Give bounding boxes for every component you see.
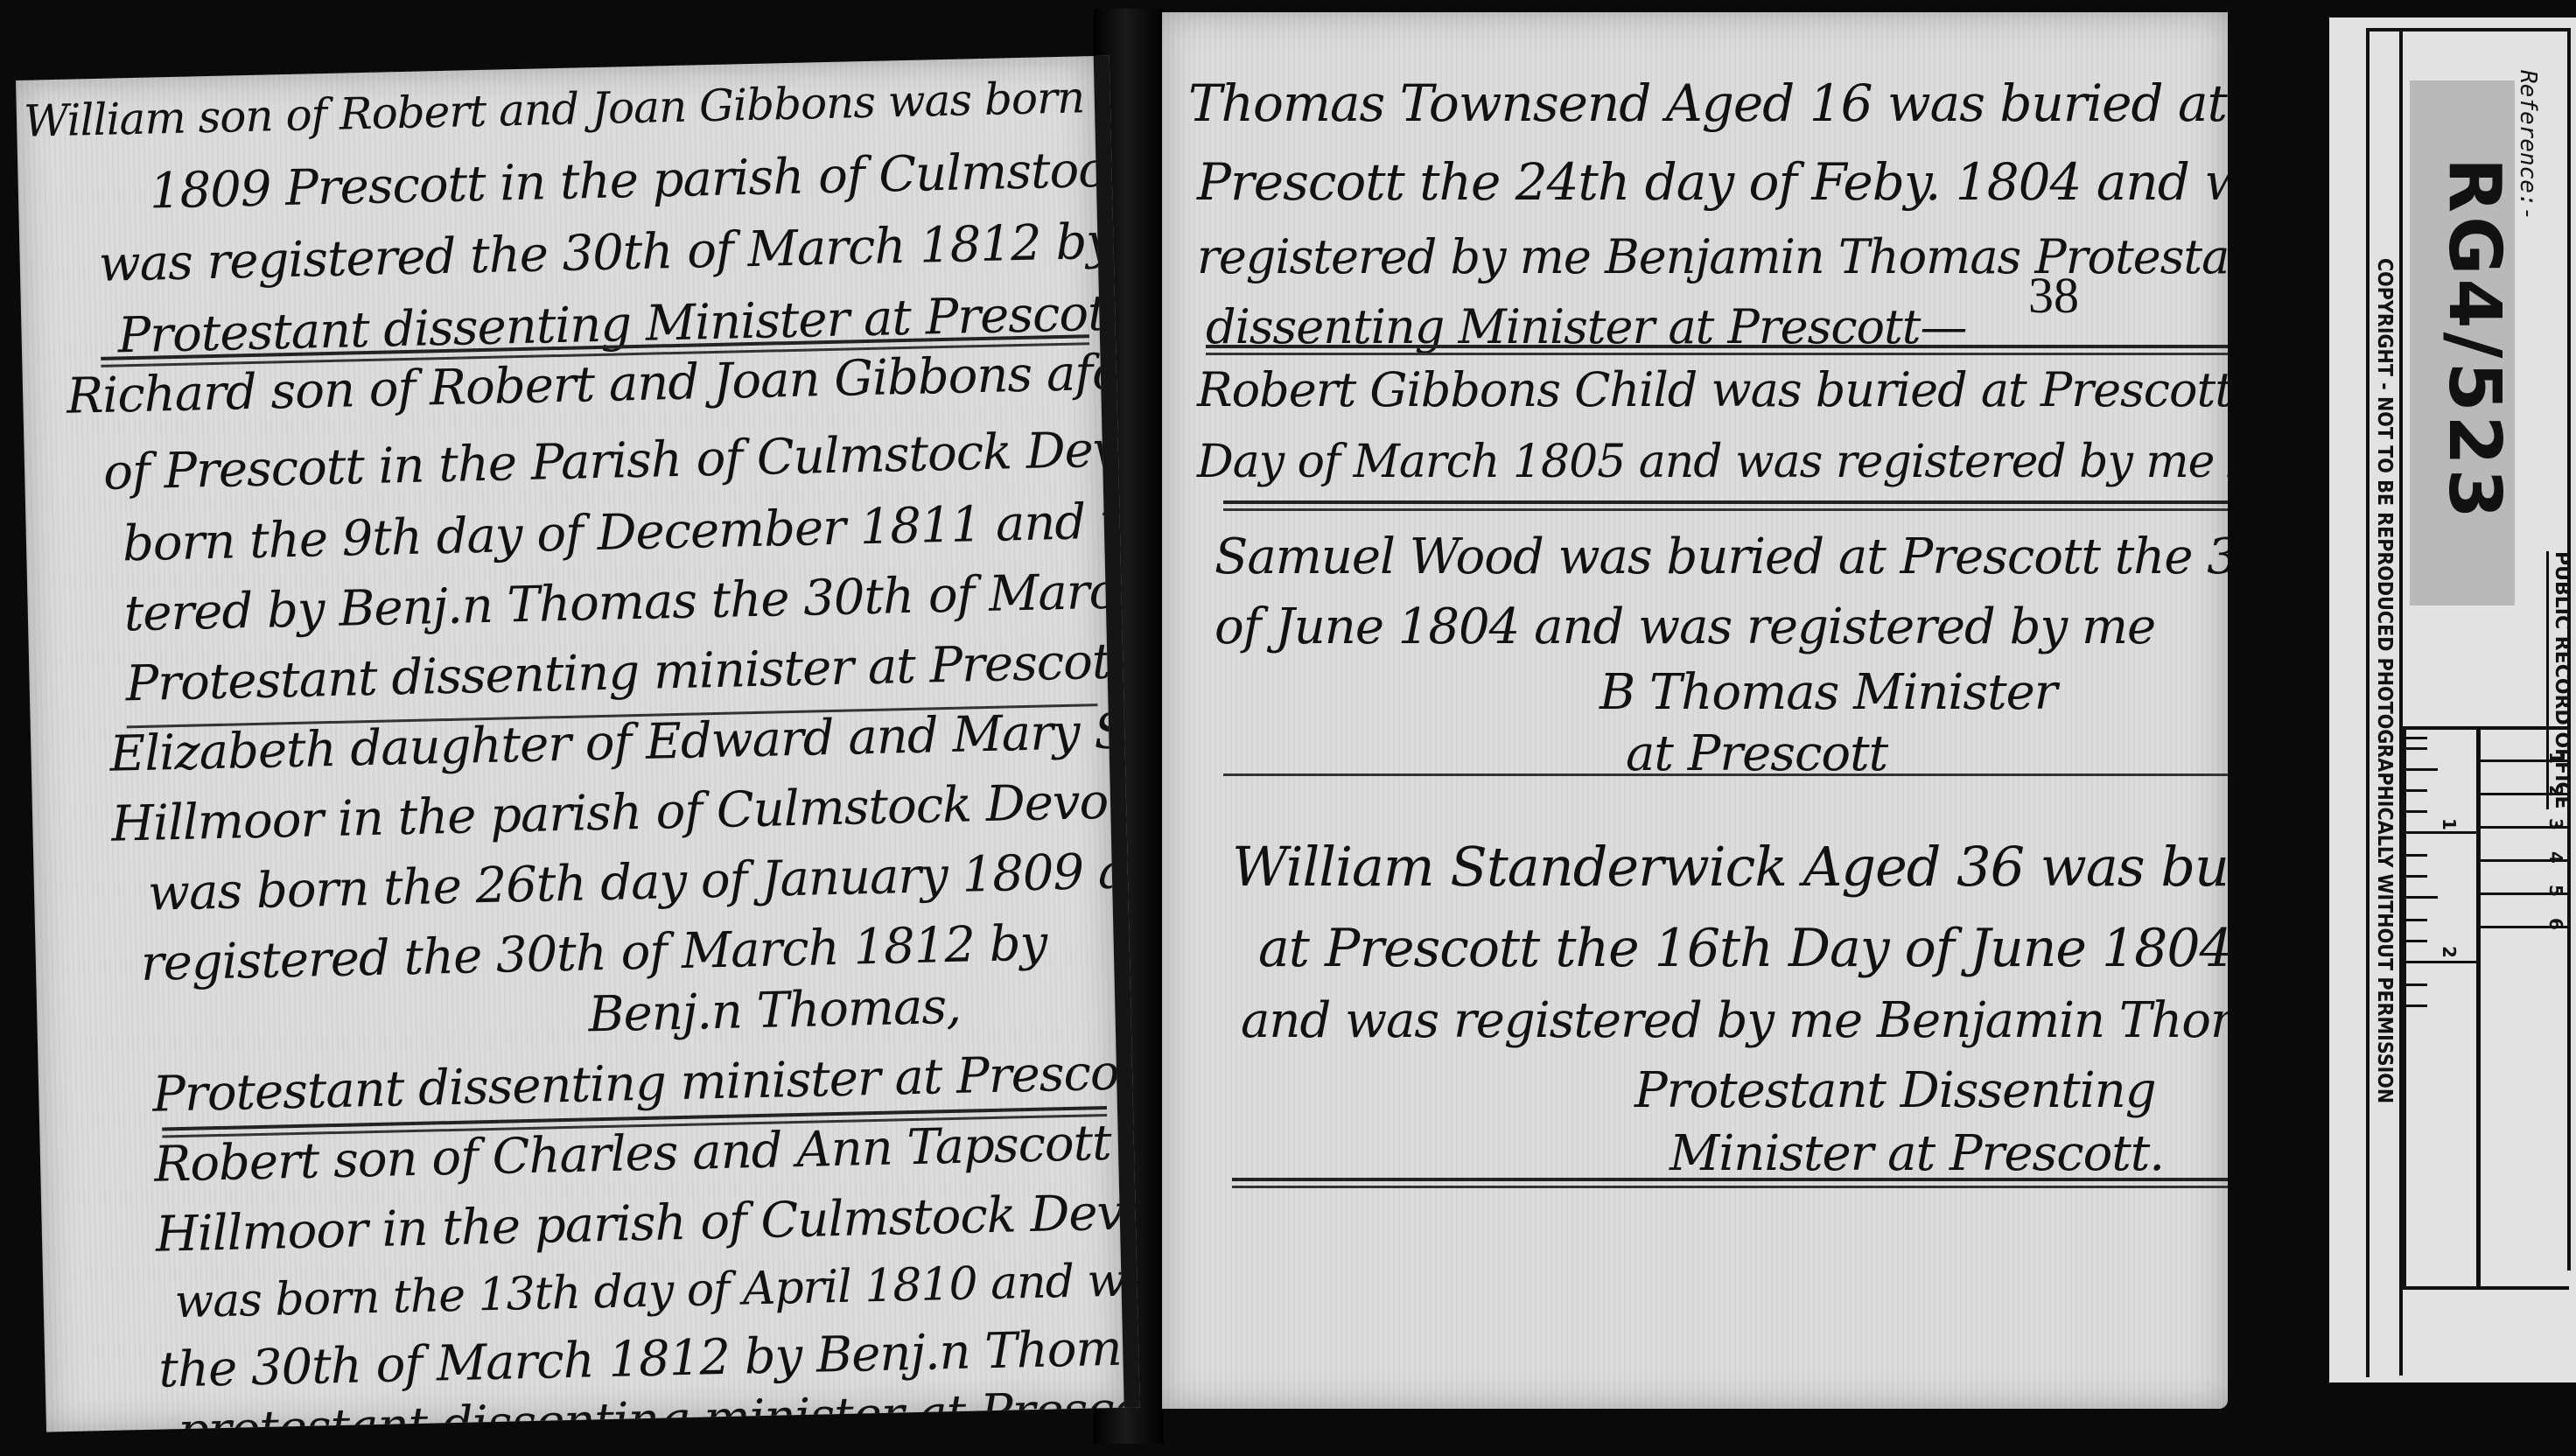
inch-label: 2: [2439, 946, 2460, 958]
entry-divider: [1232, 1178, 2228, 1188]
cm-label: 2: [2545, 785, 2566, 797]
scale-tick: [2406, 961, 2481, 963]
scale-tick: [2406, 875, 2427, 878]
reference-code: RG4/523: [2432, 157, 2516, 522]
entry-line: Hillmoor in the parish of Culmstock Devo…: [155, 1183, 1139, 1263]
entry-line: William Standerwick Aged 36 was buried: [1232, 835, 2228, 899]
entry-line: Minister at Prescott.: [1669, 1125, 2164, 1182]
entry-line: at Prescott the 16th Day of June 1804: [1258, 918, 2228, 979]
right-page: Thomas Townsend Aged 16 was buried at Pr…: [1162, 12, 2228, 1409]
entry-line: William son of Robert and Joan Gibbons w…: [23, 61, 1139, 146]
scale-divider: [2476, 726, 2481, 1290]
reference-label: Reference:-: [2515, 70, 2541, 220]
cm-label: 1: [2545, 752, 2566, 764]
entry-line: Samuel Wood was buried at Prescott the 3…: [1214, 528, 2228, 585]
entry-line: Prescott the 24th day of Feby. 1804 and …: [1197, 152, 2228, 212]
entry-line: Hillmoor in the parish of Culmstock Devo…: [111, 773, 1139, 853]
entry-line: B Thomas Minister: [1599, 664, 2057, 721]
entry-line: of June 1804 and was registered by me: [1214, 598, 2155, 655]
scale-tick: [2406, 810, 2427, 813]
cm-label: 5: [2545, 885, 2566, 897]
entry-line: Elizabeth daughter of Edward and Mary Sp…: [109, 699, 1140, 783]
entry-line: was born the 13th day of April 1810 and …: [174, 1248, 1140, 1328]
scale-border: [2403, 1286, 2569, 1290]
entry-line: was born the 26th day of January 1809 an…: [147, 839, 1139, 922]
scale-tick: [2406, 831, 2481, 834]
entry-divider: [1206, 345, 2228, 355]
entry-line: Day of March 1805 and was registered by …: [1197, 436, 2228, 488]
scale-tick: [2406, 854, 2427, 857]
scale-border: [2403, 726, 2569, 730]
entry-line: 1809 Prescott in the parish of Culmstock…: [149, 135, 1140, 220]
left-page: William son of Robert and Joan Gibbons w…: [16, 56, 1140, 1432]
reference-strip: Reference:- RG4/523 COPYRIGHT - NOT TO B…: [2324, 0, 2576, 1456]
entry-line: Thomas Townsend Aged 16 was buried at: [1188, 73, 2227, 133]
reference-card: Reference:- RG4/523 COPYRIGHT - NOT TO B…: [2329, 17, 2576, 1382]
entry-line: born the 9th day of December 1811 and wa…: [122, 488, 1139, 573]
register-entry-william-gibbons: William son of Robert and Joan Gibbons w…: [16, 56, 1094, 80]
measurement-scale: 1 2 1 2 3 4 5 6: [2403, 726, 2569, 1290]
entry-line: was registered the 30th of March 1812 by…: [98, 206, 1140, 293]
entry-divider: [1223, 773, 2228, 776]
entry-line: Protestant dissenting minister at Presco…: [125, 633, 1140, 712]
card-border: [2366, 28, 2369, 1377]
entry-line: Benj.n Thomas,: [588, 978, 962, 1044]
entry-line: Robert Gibbons Child was buried at Presc…: [1197, 362, 2228, 417]
inch-label: 1: [2439, 818, 2460, 830]
scale-tick: [2406, 919, 2427, 921]
entry-line: of Prescott in the Parish of Culmstock D…: [102, 417, 1139, 501]
cm-label: 4: [2545, 851, 2566, 864]
cm-label: 3: [2545, 818, 2566, 830]
scale-tick: [2406, 737, 2427, 739]
folio-number: 38: [2028, 266, 2079, 325]
entry-line: Protestant Dissenting: [1634, 1062, 2156, 1119]
scale-tick: [2406, 940, 2427, 942]
entry-line: tered by Benj.n Thomas the 30th of March…: [123, 559, 1140, 642]
scale-tick: [2406, 896, 2438, 899]
scale-tick: [2406, 768, 2438, 771]
scale-tick: [2406, 789, 2427, 792]
scale-tick: [2406, 983, 2427, 986]
card-border: [2366, 28, 2571, 31]
entry-line: and was registered by me Benjamin Thomas: [1241, 992, 2228, 1049]
scale-tick: [2406, 747, 2427, 750]
entry-divider: [1223, 500, 2228, 511]
scale-tick: [2406, 1004, 2427, 1007]
cm-label: 6: [2545, 918, 2566, 930]
copyright-notice: COPYRIGHT - NOT TO BE REPRODUCED PHOTOGR…: [2373, 258, 2396, 1103]
